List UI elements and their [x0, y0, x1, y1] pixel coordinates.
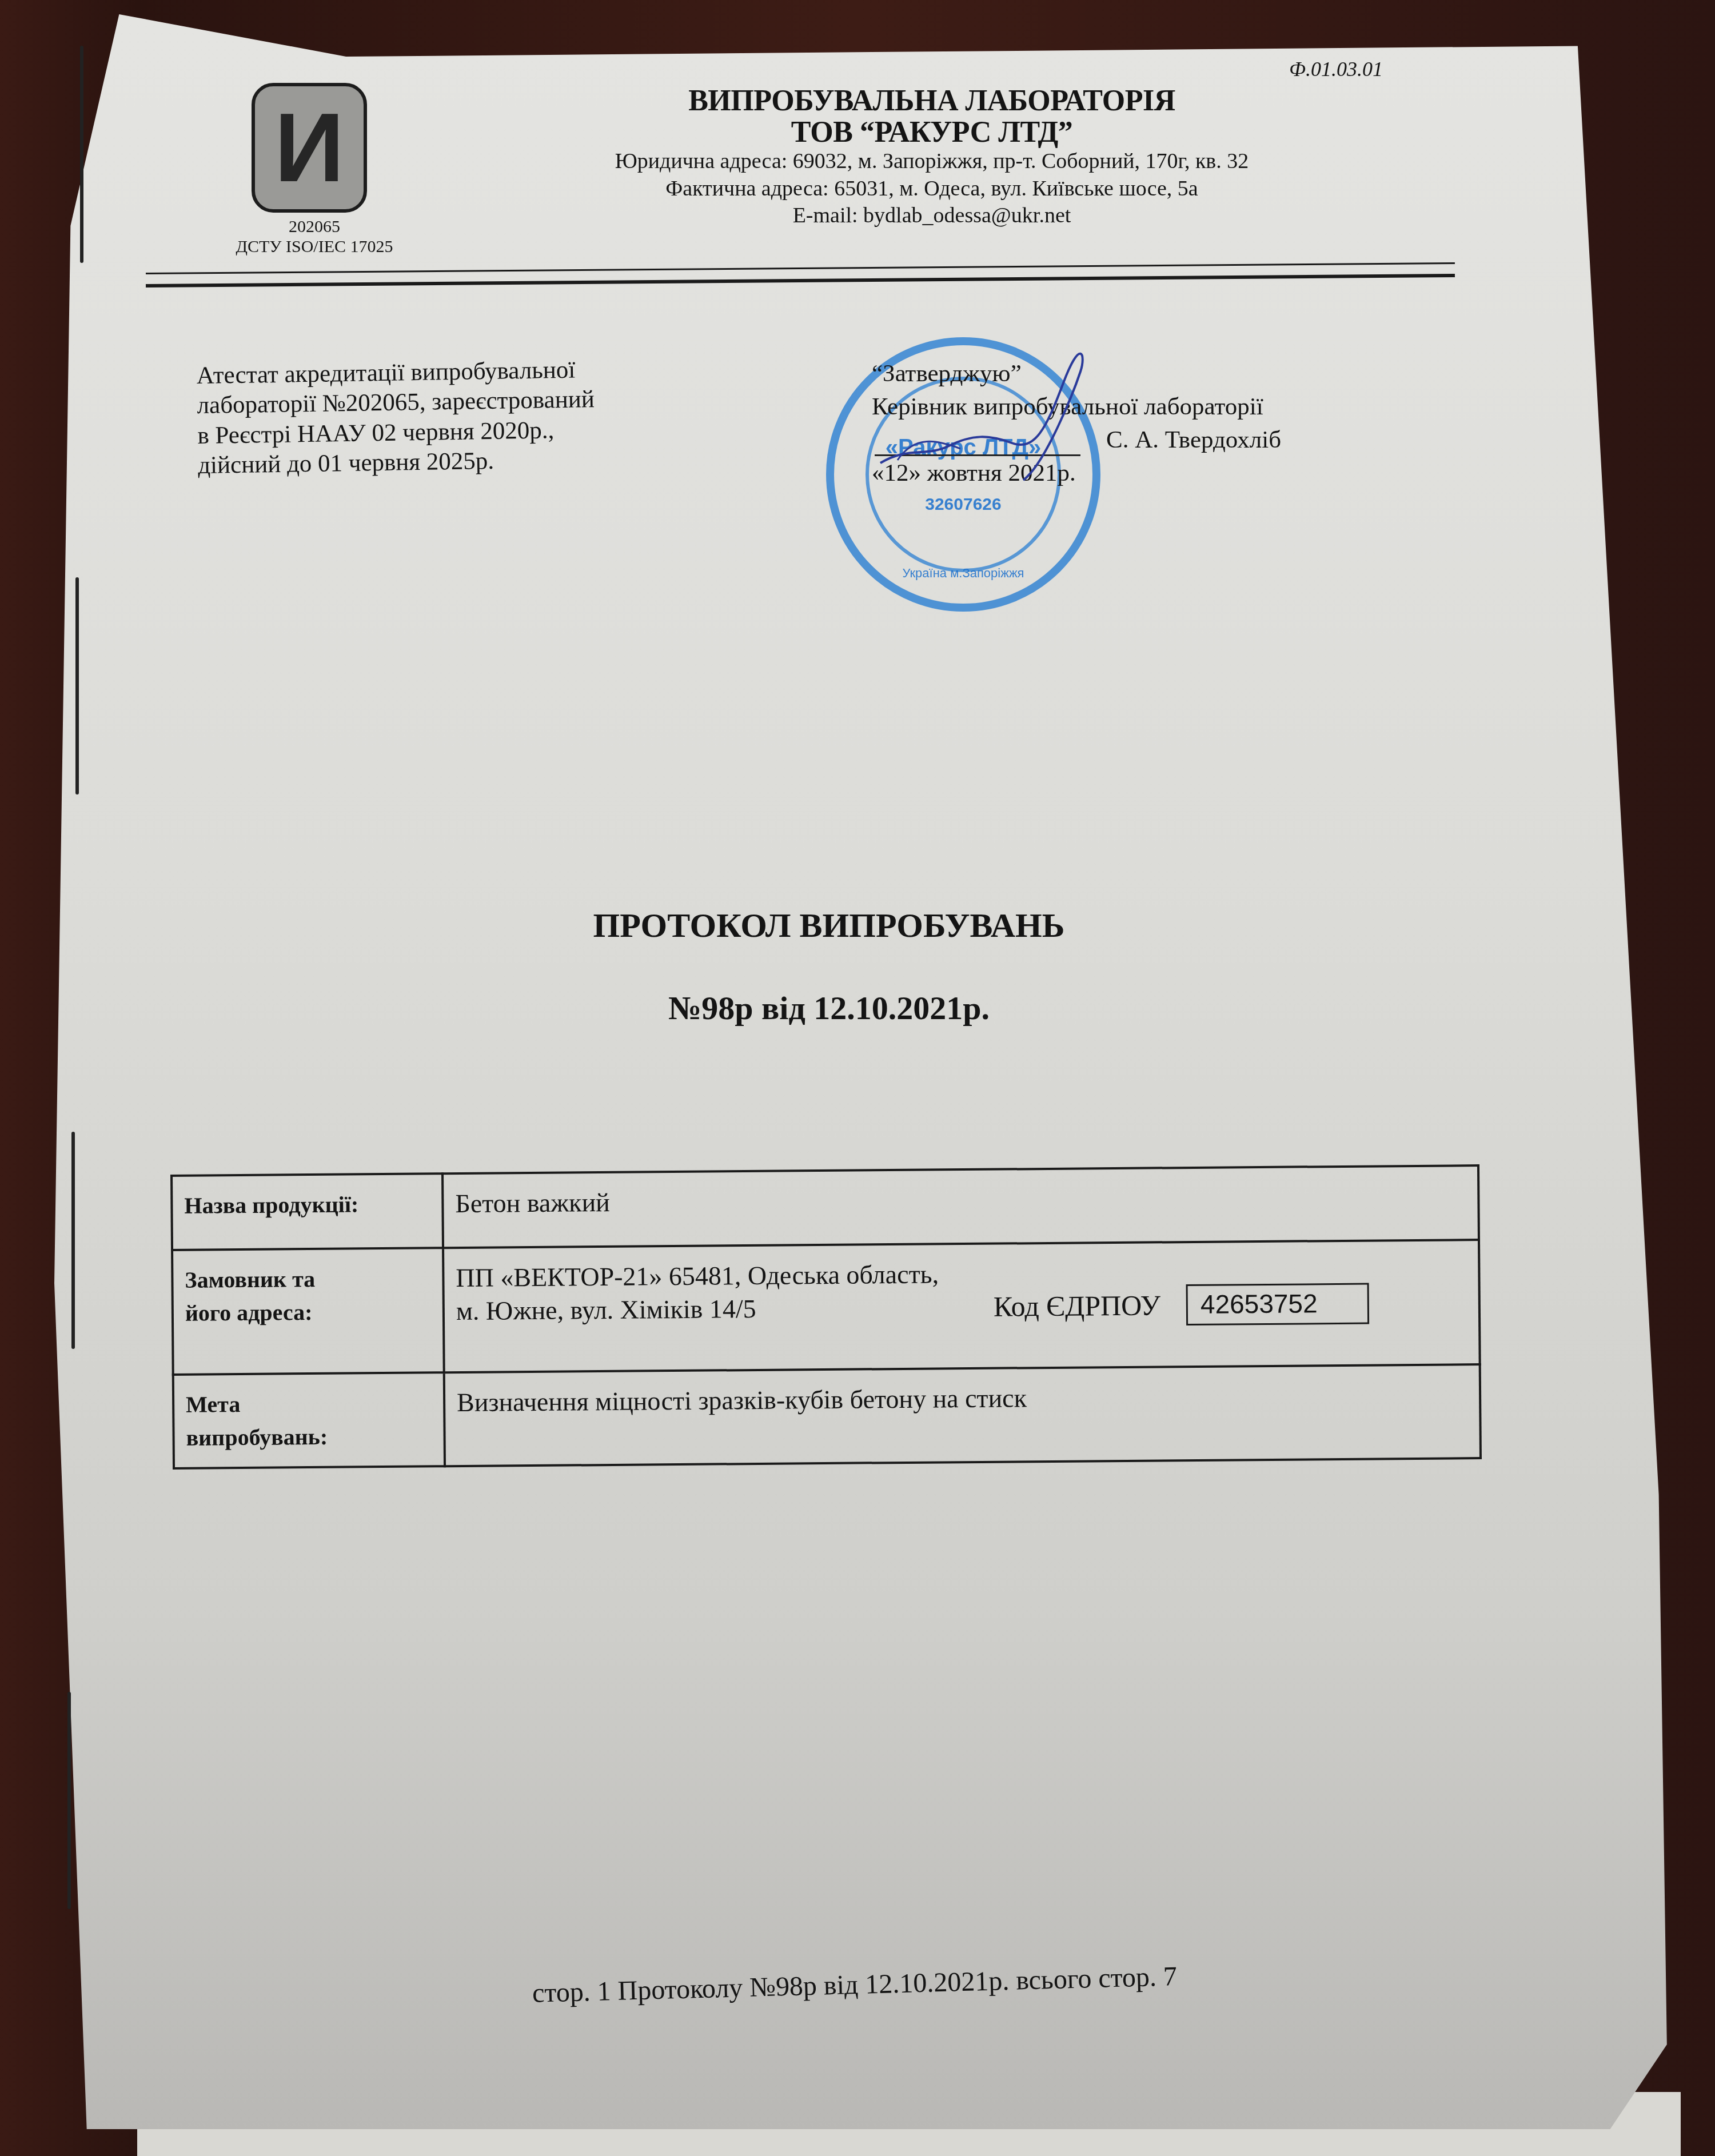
- stamp-city: Україна м.Запоріжжя: [902, 566, 1024, 581]
- binder-mark: [67, 1692, 71, 1909]
- product-label: Назва продукції:: [171, 1173, 443, 1250]
- customer-value: ПП «ВЕКТОР-21» 65481, Одеська область, м…: [456, 1257, 948, 1327]
- customer-label-line: Замовник та: [185, 1261, 430, 1296]
- table-row: Замовник та його адреса: ПП «ВЕКТОР-21» …: [172, 1240, 1480, 1375]
- accreditation-block: Атестат акредитації випробувальної лабор…: [196, 353, 712, 481]
- product-value: Бетон важкий: [442, 1165, 1479, 1248]
- edrpou-label: Код ЄДРПОУ: [994, 1287, 1161, 1324]
- lab-header: ВИПРОБУВАЛЬНА ЛАБОРАТОРІЯ ТОВ “РАКУРС ЛТ…: [469, 86, 1395, 230]
- logo-glyph: И: [274, 99, 344, 197]
- document-number: №98р від 12.10.2021р.: [400, 989, 1258, 1027]
- customer-label-line: його адреса:: [185, 1295, 431, 1329]
- purpose-value: Визначення міцності зразків-кубів бетону…: [444, 1364, 1481, 1466]
- document-title: ПРОТОКОЛ ВИПРОБУВАНЬ: [400, 906, 1258, 945]
- lab-title-line1: ВИПРОБУВАЛЬНА ЛАБОРАТОРІЯ: [469, 86, 1395, 117]
- edrpou-value: 42653752: [1186, 1283, 1370, 1325]
- logo-number: 202065: [220, 217, 409, 237]
- purpose-label-line: випробувань:: [186, 1419, 432, 1454]
- binder-mark: [75, 577, 79, 794]
- edrpou-field: Код ЄДРПОУ 42653752: [994, 1283, 1370, 1327]
- stamp-code: 32607626: [925, 495, 1001, 514]
- email: E-mail: bydlab_odessa@ukr.net: [469, 202, 1395, 230]
- logo-caption: 202065 ДСТУ ISO/IEC 17025: [220, 217, 409, 257]
- purpose-label: Мета випробувань:: [173, 1372, 445, 1468]
- form-code: Ф.01.03.01: [1289, 57, 1383, 81]
- purpose-label-line: Мета: [186, 1386, 432, 1421]
- table-row: Назва продукції: Бетон важкий: [171, 1165, 1479, 1250]
- table-row: Мета випробувань: Визначення міцності зр…: [173, 1364, 1481, 1468]
- customer-label: Замовник та його адреса:: [172, 1248, 444, 1375]
- document-page: [54, 14, 1675, 2129]
- legal-address: Юридична адреса: 69032, м. Запоріжжя, пр…: [469, 148, 1395, 175]
- binder-mark: [80, 46, 83, 263]
- logo-standard: ДСТУ ISO/IEC 17025: [220, 237, 409, 257]
- lab-title-line2: ТОВ “РАКУРС ЛТД”: [469, 117, 1395, 149]
- binder-mark: [71, 1132, 75, 1349]
- info-table: Назва продукції: Бетон важкий Замовник т…: [170, 1164, 1482, 1470]
- accreditation-logo-icon: И: [252, 83, 367, 213]
- customer-cell: ПП «ВЕКТОР-21» 65481, Одеська область, м…: [443, 1240, 1480, 1372]
- signature-icon: [875, 349, 1149, 486]
- actual-address: Фактична адреса: 65031, м. Одеса, вул. К…: [469, 175, 1395, 203]
